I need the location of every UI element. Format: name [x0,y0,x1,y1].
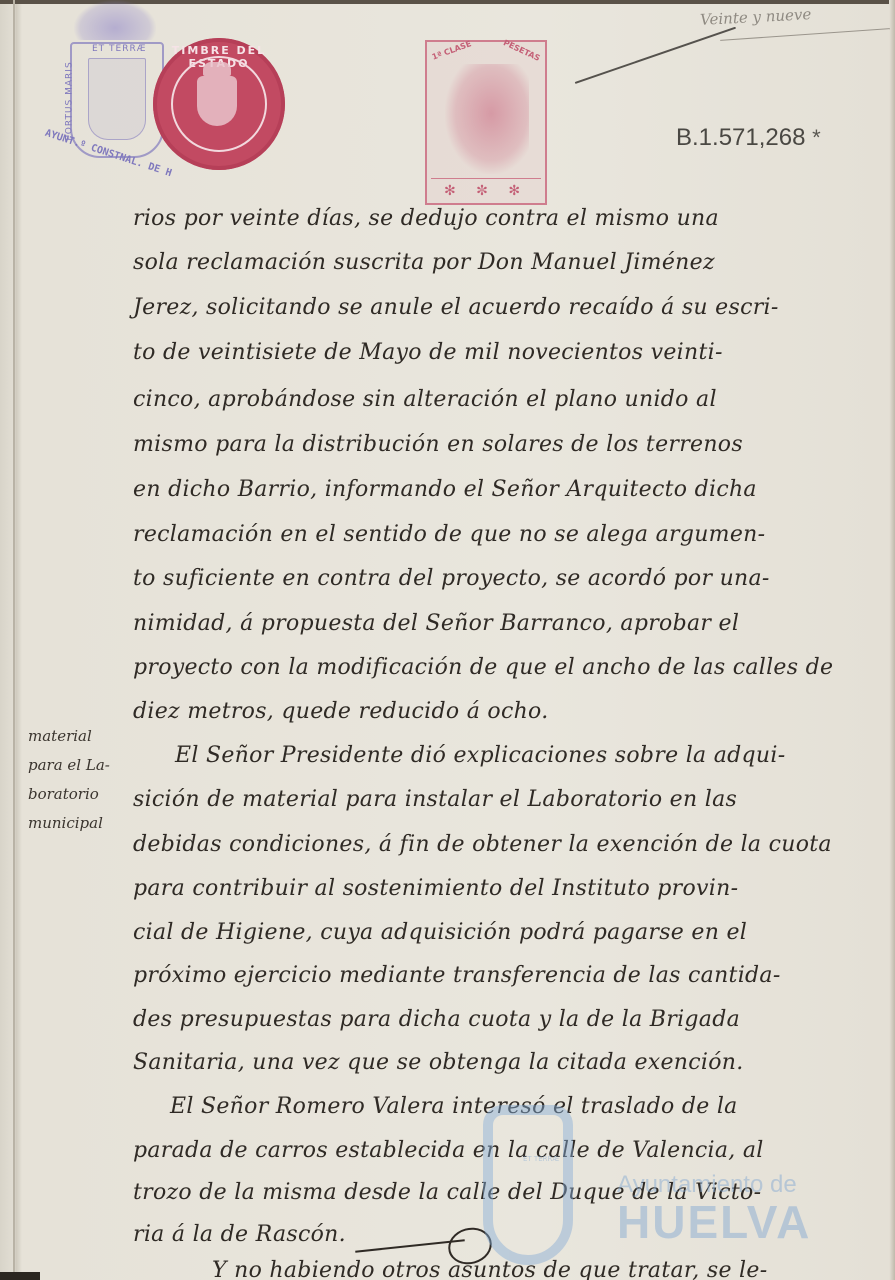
body-line: rios por veinte días, se dedujo contra e… [133,206,883,231]
body-line: próximo ejercicio mediante transferencia… [133,963,883,988]
margin-note-line: material [28,722,138,751]
asterisk-icon: * [812,125,821,150]
royal-crown-icon [203,62,231,76]
body-line: reclamación en el sentido de que no se a… [133,522,883,547]
shield-inner-icon [88,58,146,140]
body-line: cial de Higiene, cuya adquisición podrá … [133,920,883,945]
page-right-edge [889,0,895,1280]
body-line: sola reclamación suscrita por Don Manuel… [133,250,883,275]
royal-arms-icon [197,76,237,126]
fiscal-paper-stamp: 1ª CLASE PESETAS ✻ ✼ ✻ [425,40,547,205]
watermark-shield-text: ET TERRÆ [523,1155,559,1163]
archive-watermark: ET TERRÆ Ayuntamiento de HUELVA [475,1095,835,1275]
body-line-paragraph-start: El Señor Presidente dió explicaciones so… [175,743,895,768]
watermark-line-2: HUELVA [617,1195,811,1249]
margin-note-line: boratorio [28,780,138,809]
body-line: proyecto con la modificación de que el a… [133,655,883,680]
body-line: para contribuir al sostenimiento del Ins… [133,876,883,901]
body-line: diez metros, quede reducido á ocho. [133,699,883,724]
stamp-motto-top: ET TERRÆ [92,44,147,54]
body-line: to suficiente en contra del proyecto, se… [133,566,883,591]
body-line: nimidad, á propuesta del Señor Barranco,… [133,611,883,636]
stamp-motto-left: PORTUS MARIS [65,61,75,140]
body-line: cinco, aprobándose sin alteración el pla… [133,387,883,412]
body-line: des presupuestas para dicha cuota y la d… [133,1007,883,1032]
body-line: en dicho Barrio, informando el Señor Arq… [133,477,883,502]
star-ornament-icons: ✻ ✼ ✻ [427,183,545,199]
document-page: ET TERRÆ PORTUS MARIS AYUNT.º CONSTNAL. … [0,0,895,1280]
margin-note: material para el La- boratorio municipal [28,722,138,838]
body-line: debidas condiciones, á fin de obtener la… [133,832,883,857]
pencil-underline [720,28,890,41]
page-bottom-shadow [0,1272,40,1280]
binding-spine [13,0,15,1280]
body-line: sición de material para instalar el Labo… [133,787,883,812]
serial-number-text: B.1.571,268 [676,124,805,151]
serial-number: B.1.571,268 * [676,124,821,152]
body-line: Sanitaria, una vez que se obtenga la cit… [133,1050,883,1075]
body-line: Jerez, solicitando se anule el acuerdo r… [133,295,883,320]
stamp-value-label: PESETAS [502,38,541,63]
crown-icon [74,0,156,40]
huelva-coat-of-arms-icon: ET TERRÆ [483,1105,573,1265]
seated-allegory-figure-icon [445,64,529,174]
margin-note-line: municipal [28,809,138,838]
ornament-divider [431,178,541,179]
stamp-class-label: 1ª CLASE [431,39,473,62]
body-line: to de veintisiete de Mayo de mil novecie… [133,340,883,365]
state-seal-stamp: TIMBRE DEL ESTADO [153,38,285,170]
pen-stroke-mark [575,27,736,84]
margin-note-line: para el La- [28,751,138,780]
body-line: mismo para la distribución en solares de… [133,432,883,457]
pencil-annotation: Veinte y nueve [700,5,812,29]
